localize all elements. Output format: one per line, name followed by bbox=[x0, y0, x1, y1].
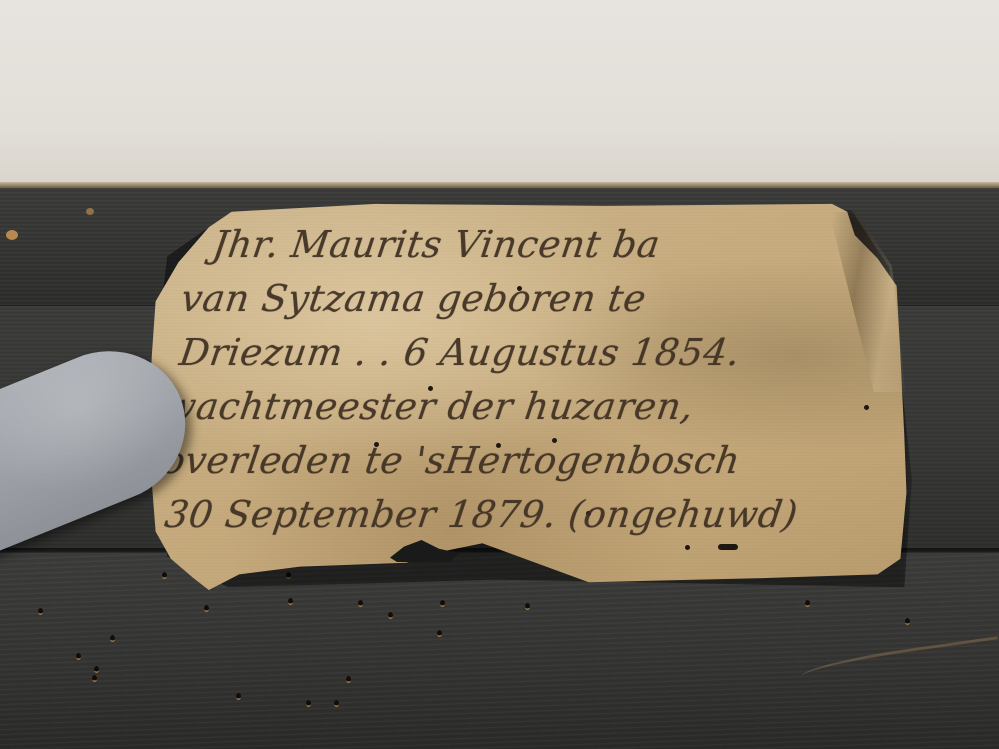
paint-chip bbox=[86, 208, 94, 215]
wormhole bbox=[525, 603, 530, 610]
handwritten-line-6: 30 September 1879. (ongehuwd) bbox=[137, 488, 885, 542]
wormhole bbox=[346, 676, 351, 683]
handwritten-line-2: van Sytzama geboren te bbox=[168, 272, 916, 326]
wormhole bbox=[162, 572, 167, 579]
wormhole bbox=[334, 700, 339, 707]
wormhole bbox=[38, 608, 43, 615]
wormhole bbox=[110, 635, 115, 642]
handwritten-line-3: Driezum . . 6 Augustus 1854. bbox=[160, 326, 908, 380]
wormhole bbox=[204, 605, 209, 612]
wormhole bbox=[358, 600, 363, 607]
wormhole bbox=[306, 700, 311, 707]
wormhole bbox=[236, 693, 241, 700]
label-wormhole bbox=[685, 545, 690, 550]
wormhole bbox=[288, 598, 293, 605]
handwritten-line-1: Jhr. Maurits Vincent ba bbox=[175, 218, 923, 272]
wall bbox=[0, 0, 999, 186]
wormhole bbox=[76, 653, 81, 660]
wormhole bbox=[92, 675, 97, 682]
paint-chip bbox=[6, 230, 18, 240]
handwritten-text: Jhr. Maurits Vincent ba van Sytzama gebo… bbox=[137, 218, 923, 542]
handwritten-line-5: overleden te 'sHertogenbosch bbox=[145, 434, 893, 488]
wormhole bbox=[388, 612, 393, 619]
wormhole bbox=[805, 600, 810, 607]
wormhole bbox=[905, 618, 910, 625]
wormhole bbox=[440, 600, 445, 607]
handwritten-line-4: wachtmeester der huzaren, bbox=[152, 380, 900, 434]
wormhole bbox=[437, 630, 442, 637]
wormhole bbox=[94, 666, 99, 673]
label-wormhole bbox=[718, 544, 738, 550]
